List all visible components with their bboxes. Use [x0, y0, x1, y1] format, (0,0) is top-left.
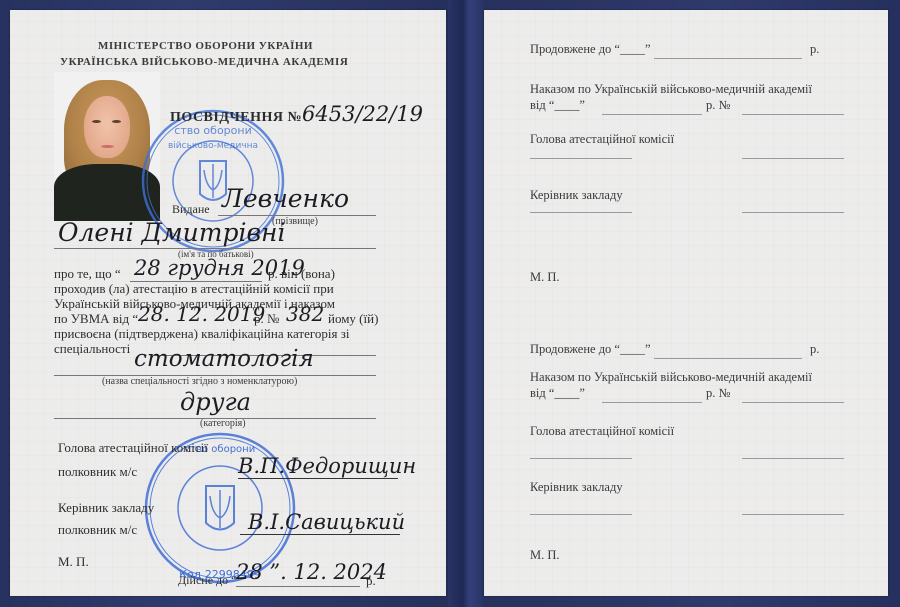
text-line6: спеціальності	[54, 341, 130, 357]
text-line4-mid: р. №	[254, 311, 279, 327]
category-value: друга	[180, 388, 251, 416]
institution-head-label-1: Керівник закладу	[530, 188, 623, 203]
text-line5: присвоєна (підтверджена) кваліфікаційна …	[54, 326, 349, 342]
commission-head-rank: полковник м/с	[58, 464, 137, 480]
institution-head-label-2: Керівник закладу	[530, 480, 623, 495]
commission-head-signature: В.П.Федорищин	[238, 454, 416, 478]
svg-text:військово-медична: військово-медична	[168, 141, 258, 151]
commission-head-label: Голова атестаційної комісії	[58, 440, 208, 456]
surname-value: Левченко	[222, 184, 349, 213]
order-line1-2: Наказом по Українській військово-медичні…	[530, 370, 812, 385]
commission-head-label-2: Голова атестаційної комісії	[530, 424, 674, 439]
order-line2-mid-2: р. №	[706, 386, 730, 401]
text-line4-prefix: по УВМА від “	[54, 311, 138, 327]
order-number: 382	[286, 302, 324, 326]
order-line2-prefix-2: від “____”	[530, 386, 585, 401]
text-line2: проходив (ла) атестацію в атестаційній к…	[54, 281, 334, 297]
valid-until-suffix: р.	[366, 573, 376, 589]
text-line1-suffix: р. він (вона)	[268, 266, 335, 282]
extended-until-label-1: Продовжене до “____”	[530, 42, 651, 57]
seal-label-1: М. П.	[530, 270, 560, 285]
institution-head-signature: В.І.Савицький	[248, 510, 405, 534]
valid-until-label: Дійсне до “	[178, 573, 236, 588]
seal-label: М. П.	[58, 554, 89, 570]
issued-to-label: Видане	[172, 202, 210, 217]
commission-head-label-1: Голова атестаційної комісії	[530, 132, 674, 147]
extended-until-label-2: Продовжене до “____”	[530, 342, 651, 357]
specialty-caption: (назва спеціальності згідно з номенклату…	[102, 376, 297, 387]
seal-label-2: М. П.	[530, 548, 560, 563]
order-line2-prefix-1: від “____”	[530, 98, 585, 113]
certificate-number: 6453/22/19	[302, 102, 423, 126]
given-names-value: Олені Дмитрівні	[58, 218, 286, 247]
header-ministry: МІНІСТЕРСТВО ОБОРОНИ УКРАЇНИ	[98, 40, 313, 52]
institution-head-label: Керівник закладу	[58, 500, 154, 516]
order-line1-1: Наказом по Українській військово-медичні…	[530, 82, 812, 97]
header-academy: УКРАЇНСЬКА ВІЙСЬКОВО-МЕДИЧНА АКАДЕМІЯ	[60, 56, 348, 68]
order-line2-mid-1: р. №	[706, 98, 730, 113]
institution-head-rank: полковник м/с	[58, 522, 137, 538]
text-line4-suffix: йому (їй)	[328, 311, 378, 327]
specialty-value: стоматологія	[134, 346, 314, 372]
left-page: МІНІСТЕРСТВО ОБОРОНИ УКРАЇНИ УКРАЇНСЬКА …	[10, 10, 446, 596]
valid-until-value: 28 ”. 12. 2024	[236, 560, 387, 584]
order-date: 28. 12. 2019	[138, 302, 265, 326]
extended-until-suffix-1: р.	[810, 42, 819, 57]
text-line1-prefix: про те, що “	[54, 266, 121, 282]
certificate-title: ПОСВІДЧЕННЯ №	[170, 110, 302, 126]
cover-spine	[448, 0, 484, 607]
extended-until-suffix-2: р.	[810, 342, 819, 357]
right-page: Продовжене до “____” р. Наказом по Украї…	[484, 10, 888, 596]
